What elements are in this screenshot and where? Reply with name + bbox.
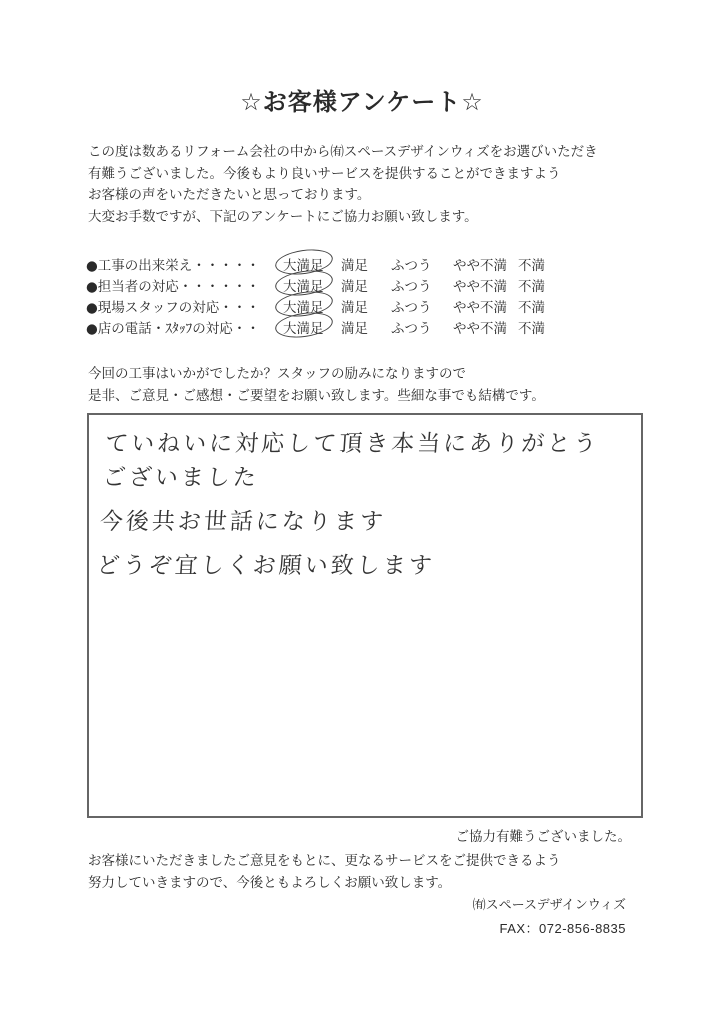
thanks-text: ご協力有難うございました。 bbox=[456, 825, 632, 845]
option-dissatisfied[interactable]: 不満 bbox=[518, 254, 545, 274]
comment-prompt: 今回の工事はいかがでしたか？スタッフの励みになりますので 是非、ご意見・ご感想・… bbox=[88, 364, 545, 407]
option-satisfied[interactable]: 満足 bbox=[341, 254, 368, 274]
option-somewhat-dissatisfied[interactable]: やや不満 bbox=[453, 317, 507, 337]
intro-line: この度は数あるリフォーム会社の中から㈲スペースデザインウィズをお選びいただき bbox=[88, 142, 598, 164]
option-neutral[interactable]: ふつう bbox=[391, 296, 432, 316]
option-neutral[interactable]: ふつう bbox=[391, 317, 432, 337]
intro-line: 大変お手数ですが、下記のアンケートにご協力お願い致します。 bbox=[88, 207, 598, 229]
option-dissatisfied[interactable]: 不満 bbox=[518, 317, 545, 337]
page-title: ☆お客様アンケート☆ bbox=[0, 82, 724, 117]
intro-line: 有難うございました。今後もより良いサービスを提供することができますよう bbox=[88, 164, 598, 186]
option-neutral[interactable]: ふつう bbox=[391, 275, 432, 295]
option-satisfied[interactable]: 満足 bbox=[341, 317, 368, 337]
comment-line: ございました bbox=[102, 461, 598, 495]
comment-box[interactable]: ていねいに対応して頂き本当にありがとう ございました 今後共お世話になります ど… bbox=[87, 413, 643, 818]
prompt-line: 今回の工事はいかがでしたか？スタッフの励みになりますので bbox=[88, 364, 545, 386]
option-somewhat-dissatisfied[interactable]: やや不満 bbox=[453, 296, 507, 316]
option-very-satisfied[interactable]: 大満足 bbox=[283, 317, 324, 337]
survey-row-label: ●現場スタッフの対応・・・ bbox=[86, 296, 260, 316]
comment-line: 今後共お世話になります bbox=[99, 505, 595, 539]
closing-line: お客様にいただきましたご意見をもとに、更なるサービスをご提供できるよう bbox=[88, 850, 561, 872]
survey-row-label: ●担当者の対応・・・・・・ bbox=[86, 275, 260, 295]
survey-row-label: ●工事の出来栄え・・・・・ bbox=[86, 254, 260, 274]
option-somewhat-dissatisfied[interactable]: やや不満 bbox=[453, 275, 507, 295]
prompt-line: 是非、ご意見・ご感想・ご要望をお願い致します。些細な事でも結構です。 bbox=[88, 386, 545, 408]
closing-text: お客様にいただきましたご意見をもとに、更なるサービスをご提供できるよう 努力して… bbox=[88, 850, 561, 894]
option-dissatisfied[interactable]: 不満 bbox=[518, 296, 545, 316]
intro-text: この度は数あるリフォーム会社の中から㈲スペースデザインウィズをお選びいただき 有… bbox=[88, 142, 598, 228]
comment-line: どうぞ宜しくお願い致します bbox=[96, 549, 592, 583]
option-neutral[interactable]: ふつう bbox=[391, 254, 432, 274]
company-name: ㈲スペースデザインウィズ bbox=[473, 894, 626, 913]
option-satisfied[interactable]: 満足 bbox=[341, 296, 368, 316]
option-dissatisfied[interactable]: 不満 bbox=[518, 275, 545, 295]
survey-row-label: ●店の電話・ｽﾀｯﾌの対応・・ bbox=[86, 317, 260, 337]
intro-line: お客様の声をいただきたいと思っております。 bbox=[88, 185, 598, 207]
closing-line: 努力していきますので、今後ともよろしくお願い致します。 bbox=[88, 872, 561, 894]
fax-number: FAX：072-856-8835 bbox=[499, 918, 626, 937]
option-somewhat-dissatisfied[interactable]: やや不満 bbox=[453, 254, 507, 274]
option-satisfied[interactable]: 満足 bbox=[341, 275, 368, 295]
handwritten-comment: ていねいに対応して頂き本当にありがとう ございました 今後共お世話になります ど… bbox=[96, 427, 601, 583]
comment-line: ていねいに対応して頂き本当にありがとう bbox=[104, 427, 600, 461]
